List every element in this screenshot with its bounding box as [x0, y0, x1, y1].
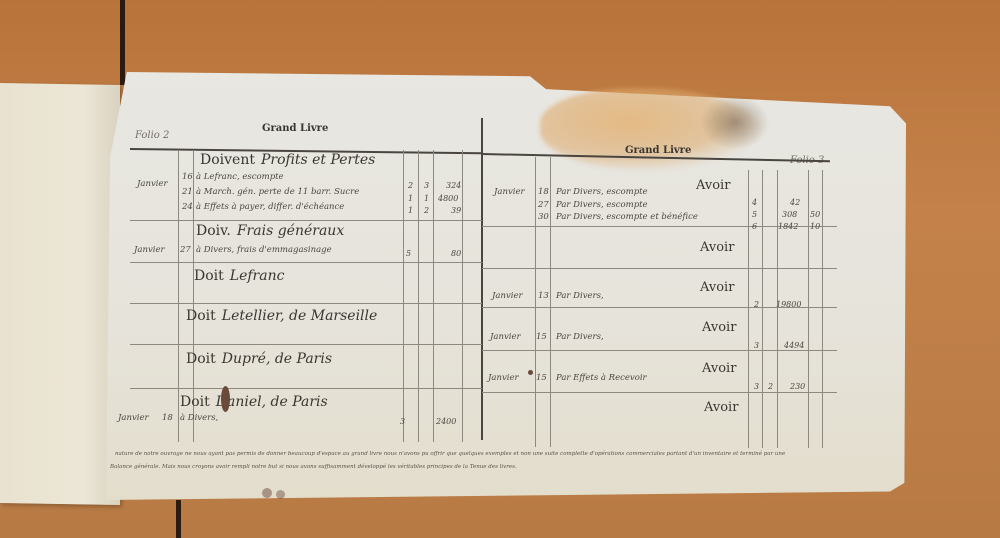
- avoir-label: Avoir: [702, 320, 736, 335]
- entry-day: 18: [162, 413, 173, 423]
- entry-amount: 1842: [778, 222, 798, 231]
- entry-folio: 3: [400, 417, 405, 426]
- entry-day: 13: [538, 291, 549, 301]
- account-label: Doit: [186, 308, 216, 324]
- row-rule: [130, 303, 482, 304]
- row-rule: [130, 388, 482, 389]
- entry-month: Janvier: [134, 245, 165, 255]
- entry-folio: 2: [754, 300, 759, 309]
- column-rule: [808, 170, 809, 448]
- entry-day: 21: [182, 187, 193, 197]
- avoir-label: Avoir: [700, 240, 734, 255]
- ledger-spread: [106, 72, 906, 500]
- account-heading: DoitDupré, de Paris: [186, 351, 332, 367]
- entry-month: Janvier: [494, 187, 525, 197]
- entry-month: Janvier: [137, 179, 168, 189]
- account-label: Doiv.: [196, 223, 231, 239]
- entry-text: Par Divers, escompte et bénéfice: [556, 212, 698, 222]
- table-seam: [176, 500, 181, 538]
- account-heading: Doiv.Frais généraux: [196, 223, 344, 239]
- entry-folio: 5: [406, 249, 411, 258]
- entry-month: Janvier: [490, 332, 521, 342]
- entry-amount: 4800: [438, 194, 458, 203]
- entry-folio: 2: [768, 382, 773, 391]
- account-name: Lefranc: [230, 268, 285, 284]
- folio-left: Folio 2: [135, 130, 169, 141]
- footnote-line-1: nature de notre ouvrage ne nous ayant pa…: [115, 451, 785, 457]
- ink-dot: [528, 370, 533, 375]
- footnote-line-2: Balance générale. Mais nous croyons avoi…: [110, 464, 517, 470]
- column-rule: [535, 157, 536, 447]
- column-rule: [777, 170, 778, 448]
- entry-folio: 1: [408, 194, 413, 203]
- column-rule: [178, 150, 179, 442]
- entry-text: Par Divers, escompte: [556, 187, 648, 197]
- column-rule: [433, 150, 434, 442]
- entry-amount: 42: [790, 198, 800, 207]
- account-label: Doit: [180, 394, 210, 410]
- entry-day: 30: [538, 212, 549, 222]
- entry-folio: 5: [752, 210, 757, 219]
- column-rule: [748, 170, 749, 448]
- row-rule: [482, 350, 837, 351]
- entry-amount: 39: [451, 206, 461, 215]
- left-page-title: Grand Livre: [262, 123, 328, 134]
- avoir-label: Avoir: [704, 400, 738, 415]
- entry-day: 27: [180, 245, 191, 255]
- account-name: Frais généraux: [237, 223, 344, 239]
- entry-text: à March. gén. perte de 11 barr. Sucre: [196, 187, 359, 197]
- ink-stain: [262, 488, 272, 498]
- right-page-title: Grand Livre: [625, 145, 691, 156]
- table-seam: [120, 0, 125, 85]
- facing-blank-page: [0, 83, 120, 505]
- entry-folio: 1: [424, 194, 429, 203]
- entry-day: 16: [182, 172, 193, 182]
- entry-text: Par Divers,: [556, 332, 604, 342]
- account-heading: DoitLefranc: [194, 268, 284, 284]
- entry-folio: 2: [408, 181, 413, 190]
- entry-day: 27: [538, 200, 549, 210]
- row-rule: [482, 268, 837, 269]
- column-rule: [762, 170, 763, 448]
- account-heading: DoitDaniel, de Paris: [180, 394, 328, 410]
- entry-month: Janvier: [492, 291, 523, 301]
- entry-amount: 230: [790, 382, 805, 391]
- row-rule: [130, 262, 482, 263]
- entry-day: 15: [536, 332, 547, 342]
- entry-cents: 50: [810, 210, 820, 219]
- column-rule: [822, 170, 823, 448]
- avoir-label: Avoir: [702, 361, 736, 376]
- account-name: Dupré, de Paris: [222, 351, 332, 367]
- entry-amount: 4494: [784, 341, 804, 350]
- entry-cents: 10: [810, 222, 820, 231]
- account-heading: DoitLetellier, de Marseille: [186, 308, 377, 324]
- entry-text: Par Divers, escompte: [556, 200, 648, 210]
- ink-stain: [276, 490, 285, 499]
- entry-text: à Lefranc, escompte: [196, 172, 284, 182]
- account-heading: DoiventProfits et Pertes: [200, 152, 375, 168]
- account-name: Letellier, de Marseille: [222, 308, 378, 324]
- column-rule: [403, 150, 404, 442]
- entry-folio: 3: [754, 341, 759, 350]
- account-label: Doit: [186, 351, 216, 367]
- entry-text: à Divers,: [180, 413, 218, 423]
- column-rule: [462, 150, 463, 442]
- row-rule: [130, 344, 482, 345]
- entry-amount: 80: [451, 249, 461, 258]
- ink-blot: [221, 386, 230, 412]
- entry-folio: 3: [424, 181, 429, 190]
- entry-text: Par Divers,: [556, 291, 604, 301]
- avoir-label: Avoir: [696, 178, 730, 193]
- entry-text: à Effets à payer, differ. d'échéance: [196, 202, 344, 212]
- entry-folio: 4: [752, 198, 757, 207]
- entry-amount: 324: [446, 181, 461, 190]
- entry-day: 15: [536, 373, 547, 383]
- account-label: Doit: [194, 268, 224, 284]
- column-rule: [550, 157, 551, 447]
- row-rule: [130, 220, 482, 221]
- entry-folio: 2: [424, 206, 429, 215]
- entry-amount: 2400: [436, 417, 456, 426]
- entry-text: Par Effets à Recevoir: [556, 373, 647, 383]
- column-rule: [418, 150, 419, 442]
- entry-folio: 6: [752, 222, 757, 231]
- dark-stain: [700, 95, 770, 150]
- entry-folio: 1: [408, 206, 413, 215]
- account-label: Doivent: [200, 152, 255, 168]
- entry-day: 24: [182, 202, 193, 212]
- entry-day: 18: [538, 187, 549, 197]
- entry-amount: 308: [782, 210, 797, 219]
- entry-month: Janvier: [488, 373, 519, 383]
- entry-folio: 3: [754, 382, 759, 391]
- avoir-label: Avoir: [700, 280, 734, 295]
- entry-month: Janvier: [118, 413, 149, 423]
- entry-text: à Divers, frais d'emmagasinage: [196, 245, 332, 255]
- row-rule: [482, 392, 837, 393]
- account-name: Profits et Pertes: [261, 152, 375, 168]
- account-name: Daniel, de Paris: [216, 394, 328, 410]
- entry-amount: 19800: [776, 300, 801, 309]
